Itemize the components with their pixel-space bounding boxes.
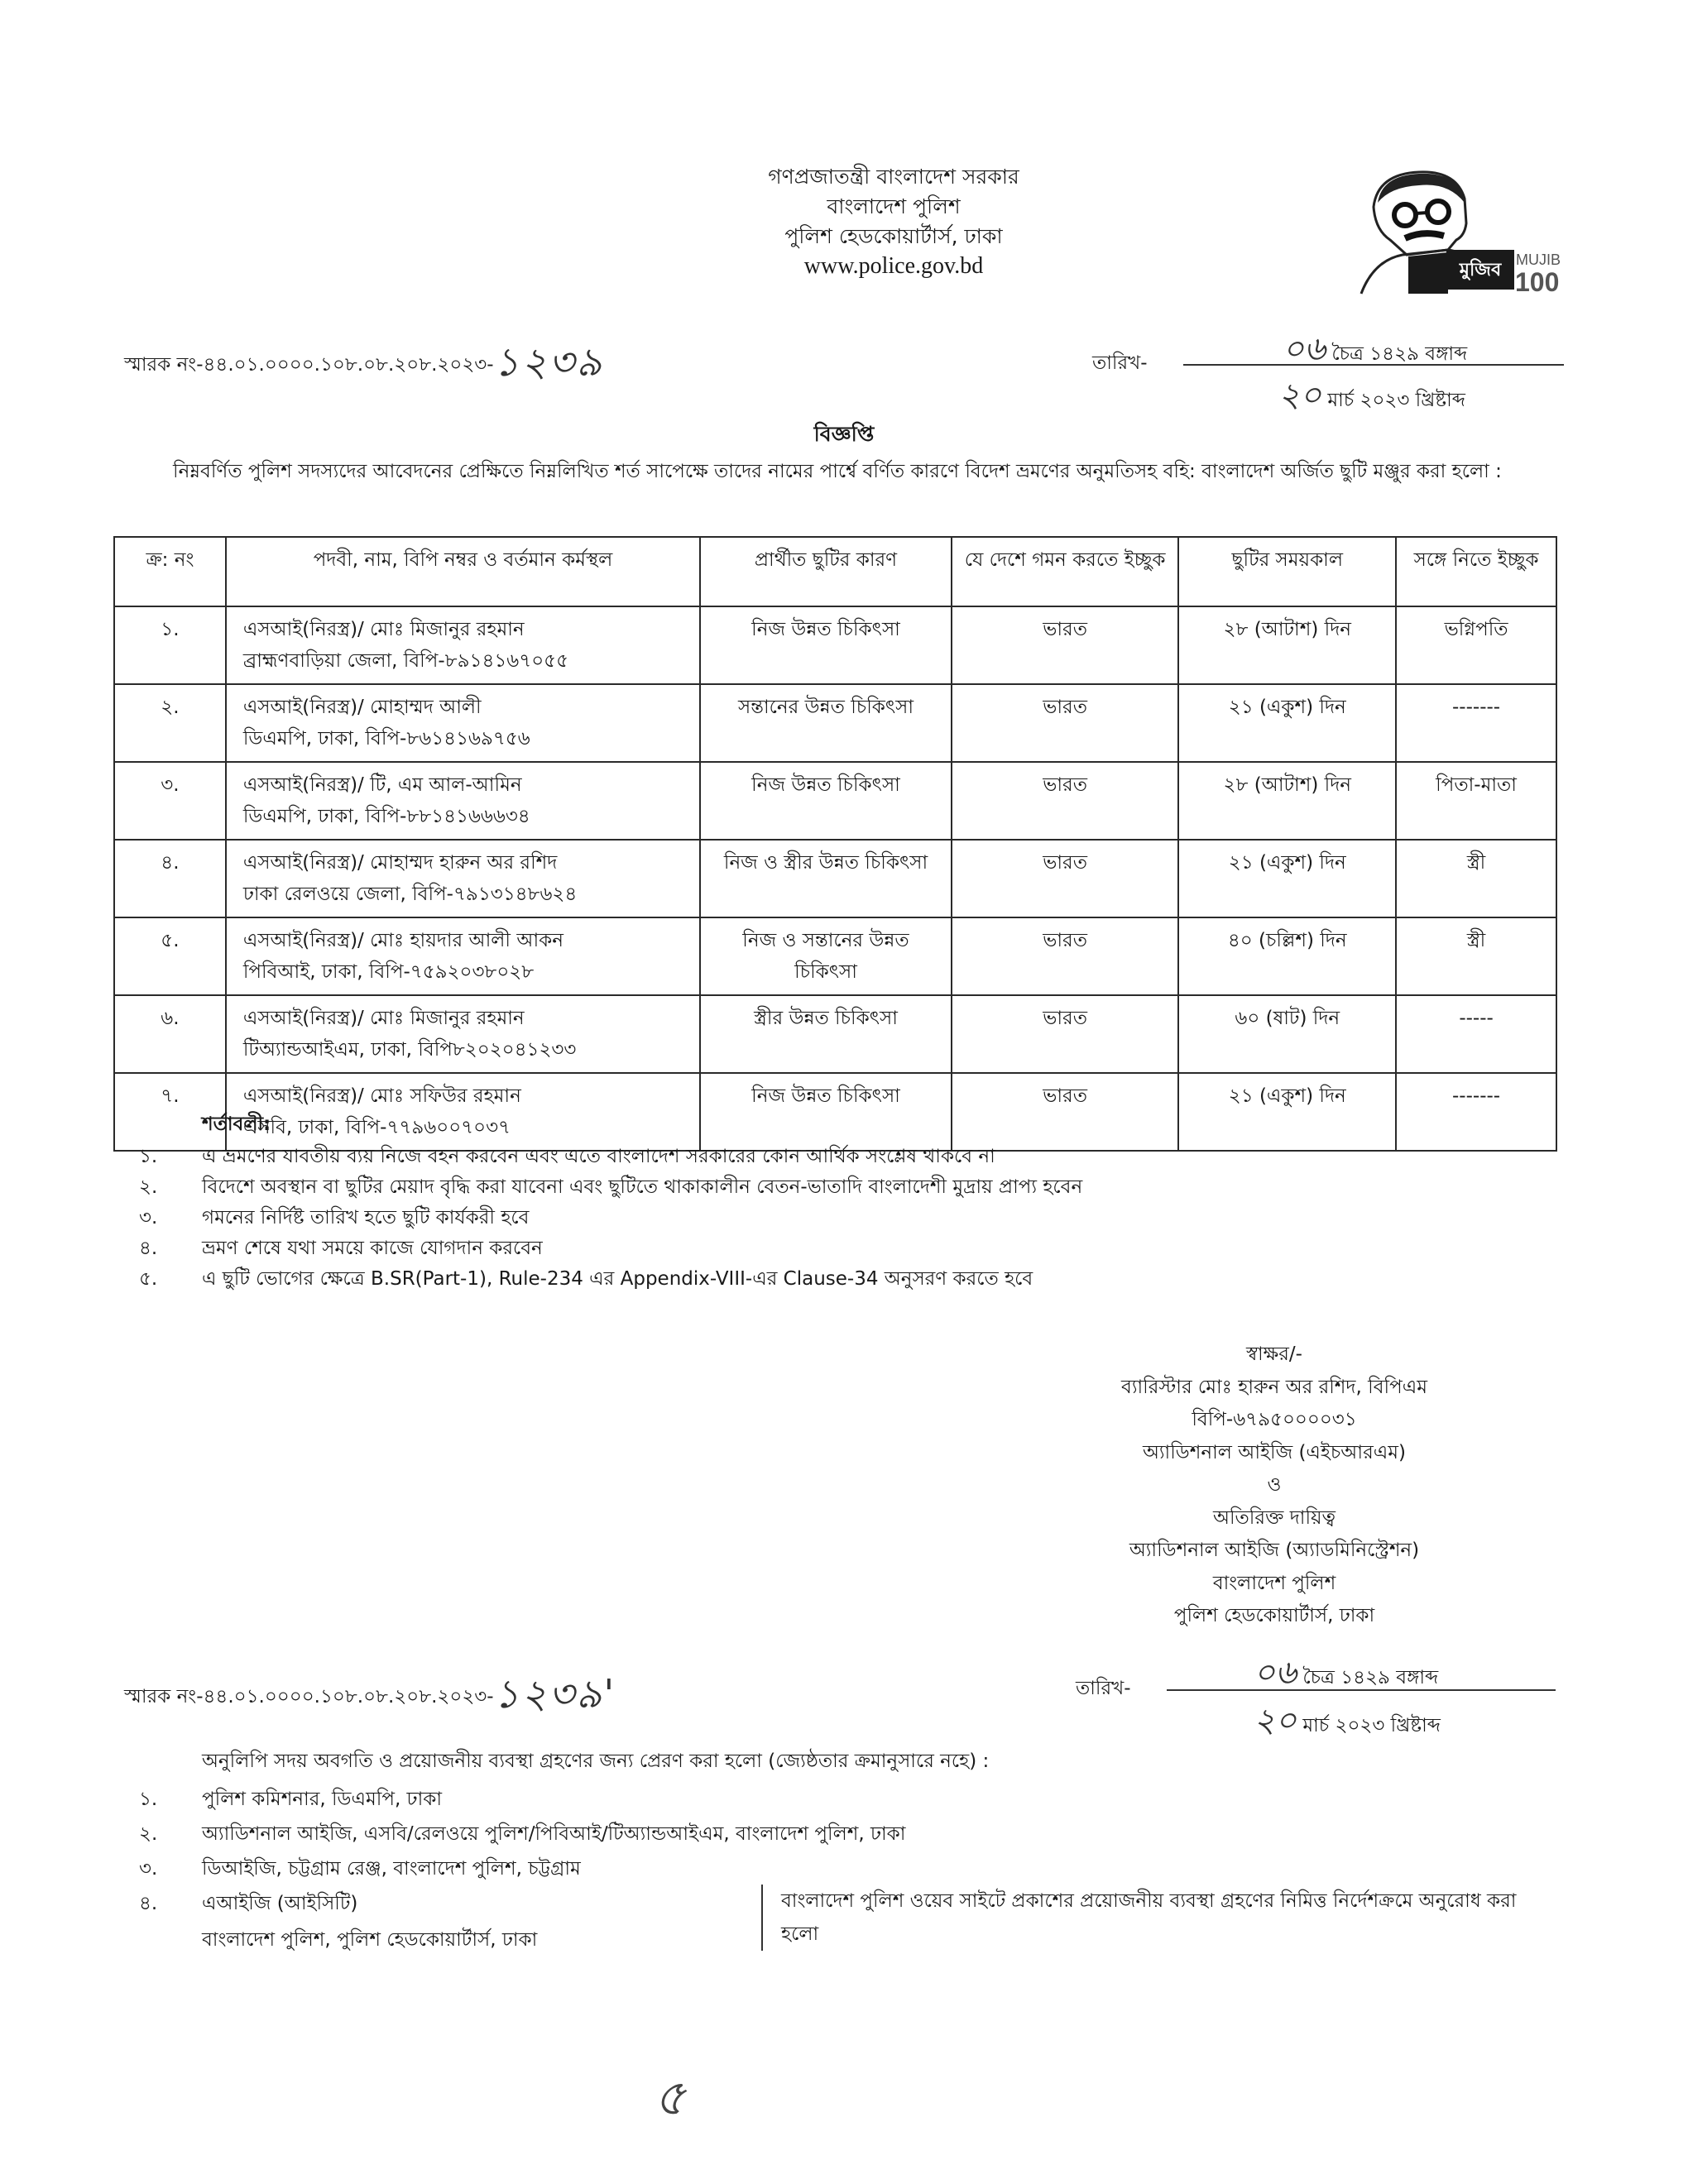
signatory-bp: বিপি-৬৭৯৫০০০০৩১ [1043,1404,1506,1437]
member-posting: ঢাকা রেলওয়ে জেলা, বিপি-৭৯১৩১৪৮৬২৪ [243,879,691,910]
cell-companion: স্ত্রী [1396,840,1556,917]
col-duration: ছুটির সময়কাল [1178,537,1396,606]
gregorian-date-rest-2: মার্চ ২০২৩ খ্রিষ্টাব্দ [1302,1715,1441,1736]
cell-duration: ২১ (একুশ) দিন [1178,684,1396,762]
col-designation: পদবী, নাম, বিপি নম্বর ও বর্তমান কর্মস্থল [226,537,700,606]
copy-item: ১.পুলিশ কমিশনার, ডিএমপি, ঢাকা [139,1784,1562,1815]
member-posting: ডিএমপি, ঢাকা, বিপি-৮৬১৪১৬৯৭৫৬ [243,723,691,754]
cell-country: ভারত [952,606,1179,684]
svg-text:100: 100 [1515,267,1559,297]
cell-serial: ২. [114,684,226,762]
date-block: তারিখ- ০৬ চৈত্র ১৪২৯ বঙ্গাব্দ ২০ মার্চ ২… [1092,323,1572,414]
bangla-date-rest-2: চৈত্র ১৪২৯ বঙ্গাব্দ [1302,1667,1438,1688]
member-posting: ব্রাহ্মণবাড়িয়া জেলা, বিপি-৮৯১৪১৬৭০৫৫ [243,645,691,677]
svg-text:মুজিব: মুজিব [1459,258,1502,281]
condition-item: ৪.ভ্রমণ শেষে যথা সময়ে কাজে যোগদান করবেন [139,1233,1546,1264]
cell-country: ভারত [952,684,1179,762]
date-label: তারিখ- [1092,347,1148,380]
cell-companion: ------- [1396,684,1556,762]
copy-intro: অনুলিপি সদয় অবগতি ও প্রয়োজনীয় ব্যবস্থ… [202,1746,989,1778]
cell-country: ভারত [952,762,1179,840]
gregorian-date-rest: মার্চ ২০২৩ খ্রিষ্টাব্দ [1327,390,1465,411]
copy-item: ২.অ্যাডিশনাল আইজি, এসবি/রেলওয়ে পুলিশ/পি… [139,1818,1562,1850]
cell-designation: এসআই(নিরস্ত্র)/ টি, এম আল-আমিনডিএমপি, ঢা… [226,762,700,840]
cell-duration: ৪০ (চল্লিশ) দিন [1178,917,1396,995]
condition-item: ১.এ ভ্রমণের যাবতীয় ব্যয় নিজে বহন করবেন… [139,1142,1546,1172]
cell-designation: এসআই(নিরস্ত্র)/ মোহাম্মদ আলীডিএমপি, ঢাকা… [226,684,700,762]
memo-number: স্মারক নং-৪৪.০১.০০০০.১০৮.০৮.২০৮.২০২৩-১২৩… [124,333,603,398]
member-posting: ডিএমপি, ঢাকা, বিপি-৮৮১৪১৬৬৬৩৪ [243,801,691,832]
bangla-date-day-2: ০৬ [1254,1654,1297,1692]
leave-table: ক্র: নং পদবী, নাম, বিপি নম্বর ও বর্তমান … [113,536,1557,1152]
member-name: এসআই(নিরস্ত্র)/ মোঃ মিজানুর রহমান [243,1003,691,1034]
member-name: এসআই(নিরস্ত্র)/ মোঃ সফিউর রহমান [243,1080,691,1112]
col-companion: সঙ্গে নিতে ইচ্ছুক [1396,537,1556,606]
condition-item: ৫.এ ছুটি ভোগের ক্ষেত্রে B.SR(Part-1), Ru… [139,1264,1546,1295]
col-country: যে দেশে গমন করতে ইচ্ছুক [952,537,1179,606]
signatory-name: ব্যারিস্টার মোঃ হারুন অর রশিদ, বিপিএম [1043,1372,1506,1405]
cell-companion: স্ত্রী [1396,917,1556,995]
member-posting: টিঅ্যান্ডআইএম, ঢাকা, বিপি৮২০২০৪১২৩৩ [243,1034,691,1066]
member-name: এসআই(নিরস্ত্র)/ মোঃ মিজানুর রহমান [243,614,691,645]
cell-reason: নিজ ও স্ত্রীর উন্নত চিকিৎসা [700,840,952,917]
cell-designation: এসআই(নিরস্ত্র)/ মোঃ মিজানুর রহমানব্রাহ্ম… [226,606,700,684]
memo-handwritten-no-2: ১২৩৯' [494,1671,616,1717]
cell-companion: ------- [1396,1073,1556,1151]
dept-name: বাংলাদেশ পুলিশ [645,192,1142,222]
gregorian-date: ২০ মার্চ ২০২৩ খ্রিষ্টাব্দ [1278,369,1465,424]
bangla-date-2: ০৬ চৈত্র ১৪২৯ বঙ্গাব্দ [1254,1646,1438,1702]
cell-country: ভারত [952,995,1179,1073]
signatory-title: অ্যাডিশনাল আইজি (এইচআরএম) [1043,1437,1506,1470]
table-row: ২.এসআই(নিরস্ত্র)/ মোহাম্মদ আলীডিএমপি, ঢা… [114,684,1556,762]
member-name: এসআই(নিরস্ত্র)/ মোঃ হায়দার আলী আকন [243,925,691,956]
signatory-additional: অতিরিক্ত দায়িত্ব [1043,1502,1506,1535]
cell-duration: ২৮ (আটাশ) দিন [1178,762,1396,840]
cell-serial: ৬. [114,995,226,1073]
signatory-and: ও [1043,1469,1506,1502]
bangla-date-rest: চৈত্র ১৪২৯ বঙ্গাব্দ [1331,343,1467,365]
table-header-row: ক্র: নং পদবী, নাম, বিপি নম্বর ও বর্তমান … [114,537,1556,606]
table-row: ৩.এসআই(নিরস্ত্র)/ টি, এম আল-আমিনডিএমপি, … [114,762,1556,840]
memo-label: স্মারক নং-৪৪.০১.০০০০.১০৮.০৮.২০৮.২০২৩- [124,354,494,376]
signatory-office: পুলিশ হেডকোয়ার্টার্স, ঢাকা [1043,1600,1506,1633]
cell-duration: ২১ (একুশ) দিন [1178,1073,1396,1151]
website-link[interactable]: www.police.gov.bd [645,251,1142,281]
letterhead: গণপ্রজাতন্ত্রী বাংলাদেশ সরকার বাংলাদেশ প… [645,162,1142,281]
bangla-date-day: ০৬ [1283,330,1326,368]
table-row: ৭.এসআই(নিরস্ত্র)/ মোঃ সফিউর রহমানএসবি, ঢ… [114,1073,1556,1151]
signatory-dept: বাংলাদেশ পুলিশ [1043,1568,1506,1601]
cell-duration: ২১ (একুশ) দিন [1178,840,1396,917]
conditions-title: শর্তাবলী: [202,1109,271,1141]
gregorian-date-day: ২০ [1278,376,1321,414]
signature-mark: স্বাক্ষর/- [1043,1339,1506,1372]
cell-serial: ৪. [114,840,226,917]
condition-item: ৩.গমনের নির্দিষ্ট তারিখ হতে ছুটি কার্যকর… [139,1203,1546,1233]
table-row: ১.এসআই(নিরস্ত্র)/ মোঃ মিজানুর রহমানব্রাহ… [114,606,1556,684]
member-posting: পিবিআই, ঢাকা, বিপি-৭৫৯২০৩৮০২৮ [243,956,691,988]
cell-serial: ৫. [114,917,226,995]
mujib-100-logo: মুজিব MUJIB 100 [1340,157,1568,298]
date-divider-2 [1167,1689,1556,1691]
cell-reason: নিজ উন্নত চিকিৎসা [700,606,952,684]
govt-name: গণপ্রজাতন্ত্রী বাংলাদেশ সরকার [645,162,1142,192]
col-serial: ক্র: নং [114,537,226,606]
logo-english-text: MUJIB [1516,251,1561,268]
cell-reason: স্ত্রীর উন্নত চিকিৎসা [700,995,952,1073]
cell-duration: ২৮ (আটাশ) দিন [1178,606,1396,684]
cell-reason: নিজ উন্নত চিকিৎসা [700,1073,952,1151]
cell-serial: ১. [114,606,226,684]
conditions-list: ১.এ ভ্রমণের যাবতীয় ব্যয় নিজে বহন করবেন… [139,1142,1546,1295]
cell-reason: সন্তানের উন্নত চিকিৎসা [700,684,952,762]
date-divider [1183,364,1564,366]
copy-note: বাংলাদেশ পুলিশ ওয়েব সাইটে প্রকাশের প্রয… [761,1885,1559,1951]
memo-number-2: স্মারক নং-৪৪.০১.০০০০.১০৮.০৮.২০৮.২০২৩-১২৩… [124,1664,616,1730]
cell-country: ভারত [952,840,1179,917]
table-row: ৪.এসআই(নিরস্ত্র)/ মোহাম্মদ হারুন অর রশিদ… [114,840,1556,917]
cell-designation: এসআই(নিরস্ত্র)/ মোঃ সফিউর রহমানএসবি, ঢাক… [226,1073,700,1151]
table-row: ৬.এসআই(নিরস্ত্র)/ মোঃ মিজানুর রহমানটিঅ্য… [114,995,1556,1073]
copy-item: ৩.ডিআইজি, চট্টগ্রাম রেঞ্জ, বাংলাদেশ পুলি… [139,1853,1562,1885]
memo-label-2: স্মারক নং-৪৪.০১.০০০০.১০৮.০৮.২০৮.২০২৩- [124,1686,494,1707]
handwritten-initial: ৫ [654,2060,686,2143]
condition-item: ২.বিদেশে অবস্থান বা ছুটির মেয়াদ বৃদ্ধি … [139,1172,1546,1203]
cell-designation: এসআই(নিরস্ত্র)/ মোহাম্মদ হারুন অর রশিদঢা… [226,840,700,917]
signature-block: স্বাক্ষর/- ব্যারিস্টার মোঃ হারুন অর রশিদ… [1043,1339,1506,1633]
cell-designation: এসআই(নিরস্ত্র)/ মোঃ মিজানুর রহমানটিঅ্যান… [226,995,700,1073]
member-name: এসআই(নিরস্ত্র)/ মোহাম্মদ আলী [243,692,691,723]
col-reason: প্রার্থীত ছুটির কারণ [700,537,952,606]
cell-companion: ----- [1396,995,1556,1073]
office-name: পুলিশ হেডকোয়ার্টার্স, ঢাকা [645,222,1142,251]
member-name: এসআই(নিরস্ত্র)/ টি, এম আল-আমিন [243,769,691,801]
date-block-2: তারিখ- ০৬ চৈত্র ১৪২৯ বঙ্গাব্দ ২০ মার্চ ২… [1076,1646,1564,1737]
portrait-icon: মুজিব MUJIB 100 [1340,157,1568,298]
memo-handwritten-no: ১২৩৯ [494,339,604,386]
member-name: এসআই(নিরস্ত্র)/ মোহাম্মদ হারুন অর রশিদ [243,847,691,879]
cell-companion: ভগ্নিপতি [1396,606,1556,684]
cell-reason: নিজ ও সন্তানের উন্নত চিকিৎসা [700,917,952,995]
cell-reason: নিজ উন্নত চিকিৎসা [700,762,952,840]
cell-country: ভারত [952,1073,1179,1151]
signatory-title-2: অ্যাডিশনাল আইজি (অ্যাডমিনিস্ট্রেশন) [1043,1535,1506,1568]
cell-duration: ৬০ (ষাট) দিন [1178,995,1396,1073]
gregorian-date-day-2: ২০ [1254,1702,1297,1740]
member-posting: এসবি, ঢাকা, বিপি-৭৭৯৬০০৭০৩৭ [243,1112,691,1143]
gregorian-date-2: ২০ মার্চ ২০২৩ খ্রিষ্টাব্দ [1254,1694,1441,1750]
cell-serial: ৩. [114,762,226,840]
notice-intro: নিম্নবর্ণিত পুলিশ সদস্যদের আবেদনের প্রেক… [113,455,1561,488]
notice-title: বিজ্ঞপ্তি [0,418,1688,453]
date-label-2: তারিখ- [1076,1673,1131,1705]
cell-companion: পিতা-মাতা [1396,762,1556,840]
cell-country: ভারত [952,917,1179,995]
cell-designation: এসআই(নিরস্ত্র)/ মোঃ হায়দার আলী আকনপিবিআ… [226,917,700,995]
table-row: ৫.এসআই(নিরস্ত্র)/ মোঃ হায়দার আলী আকনপিব… [114,917,1556,995]
